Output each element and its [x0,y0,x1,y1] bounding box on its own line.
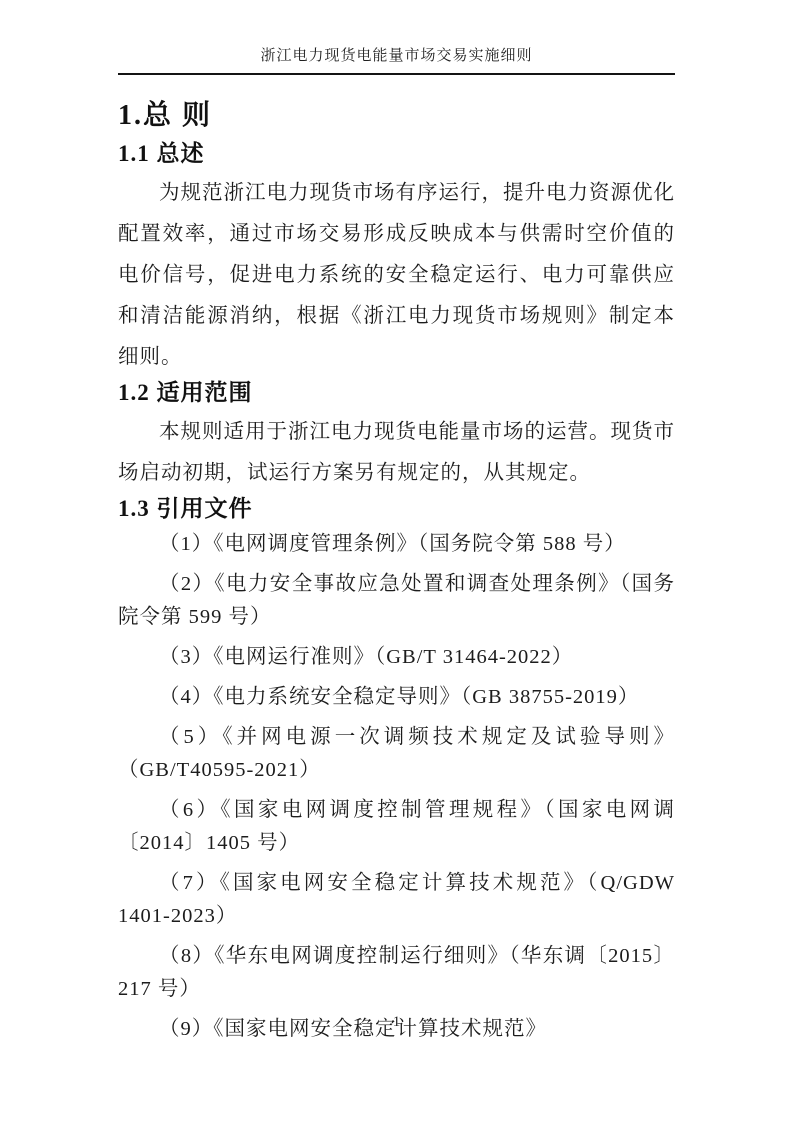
running-header: 浙江电力现货电能量市场交易实施细则 [118,46,675,75]
paragraph-overview: 为规范浙江电力现货市场有序运行，提升电力资源优化配置效率，通过市场交易形成反映成… [118,173,675,378]
reference-item-1: （1）《电网调度管理条例》（国务院令第 588 号） [118,528,675,561]
page-number: 1 [393,1014,401,1030]
reference-item-2: （2）《电力安全事故应急处置和调查处理条例》（国务院令第 599 号） [118,568,675,634]
document-body: 1.总 则 1.1 总述 为规范浙江电力现货市场有序运行，提升电力资源优化配置效… [118,99,675,1053]
section-heading-references: 1.3 引用文件 [118,494,675,523]
header-title: 浙江电力现货电能量市场交易实施细则 [260,48,532,64]
reference-item-4: （4）《电力系统安全稳定导则》（GB 38755-2019） [118,681,675,714]
section-heading-scope: 1.2 适用范围 [118,378,675,407]
reference-item-8: （8）《华东电网调度控制运行细则》（华东调〔2015〕217 号） [118,940,675,1006]
reference-item-6: （6）《国家电网调度控制管理规程》（国家电网调〔2014〕1405 号） [118,794,675,860]
chapter-heading: 1.总 则 [118,99,675,133]
page-footer: 1 [118,1012,675,1032]
section-heading-overview: 1.1 总述 [118,139,675,168]
reference-item-5: （5）《并网电源一次调频技术规定及试验导则》（GB/T40595-2021） [118,721,675,787]
reference-item-7: （7）《国家电网安全稳定计算技术规范》（Q/GDW 1401-2023） [118,867,675,933]
document-page: 浙江电力现货电能量市场交易实施细则 1.总 则 1.1 总述 为规范浙江电力现货… [0,0,794,1123]
paragraph-scope: 本规则适用于浙江电力现货电能量市场的运营。现货市场启动初期，试运行方案另有规定的… [118,412,675,494]
reference-item-3: （3）《电网运行准则》（GB/T 31464-2022） [118,641,675,674]
